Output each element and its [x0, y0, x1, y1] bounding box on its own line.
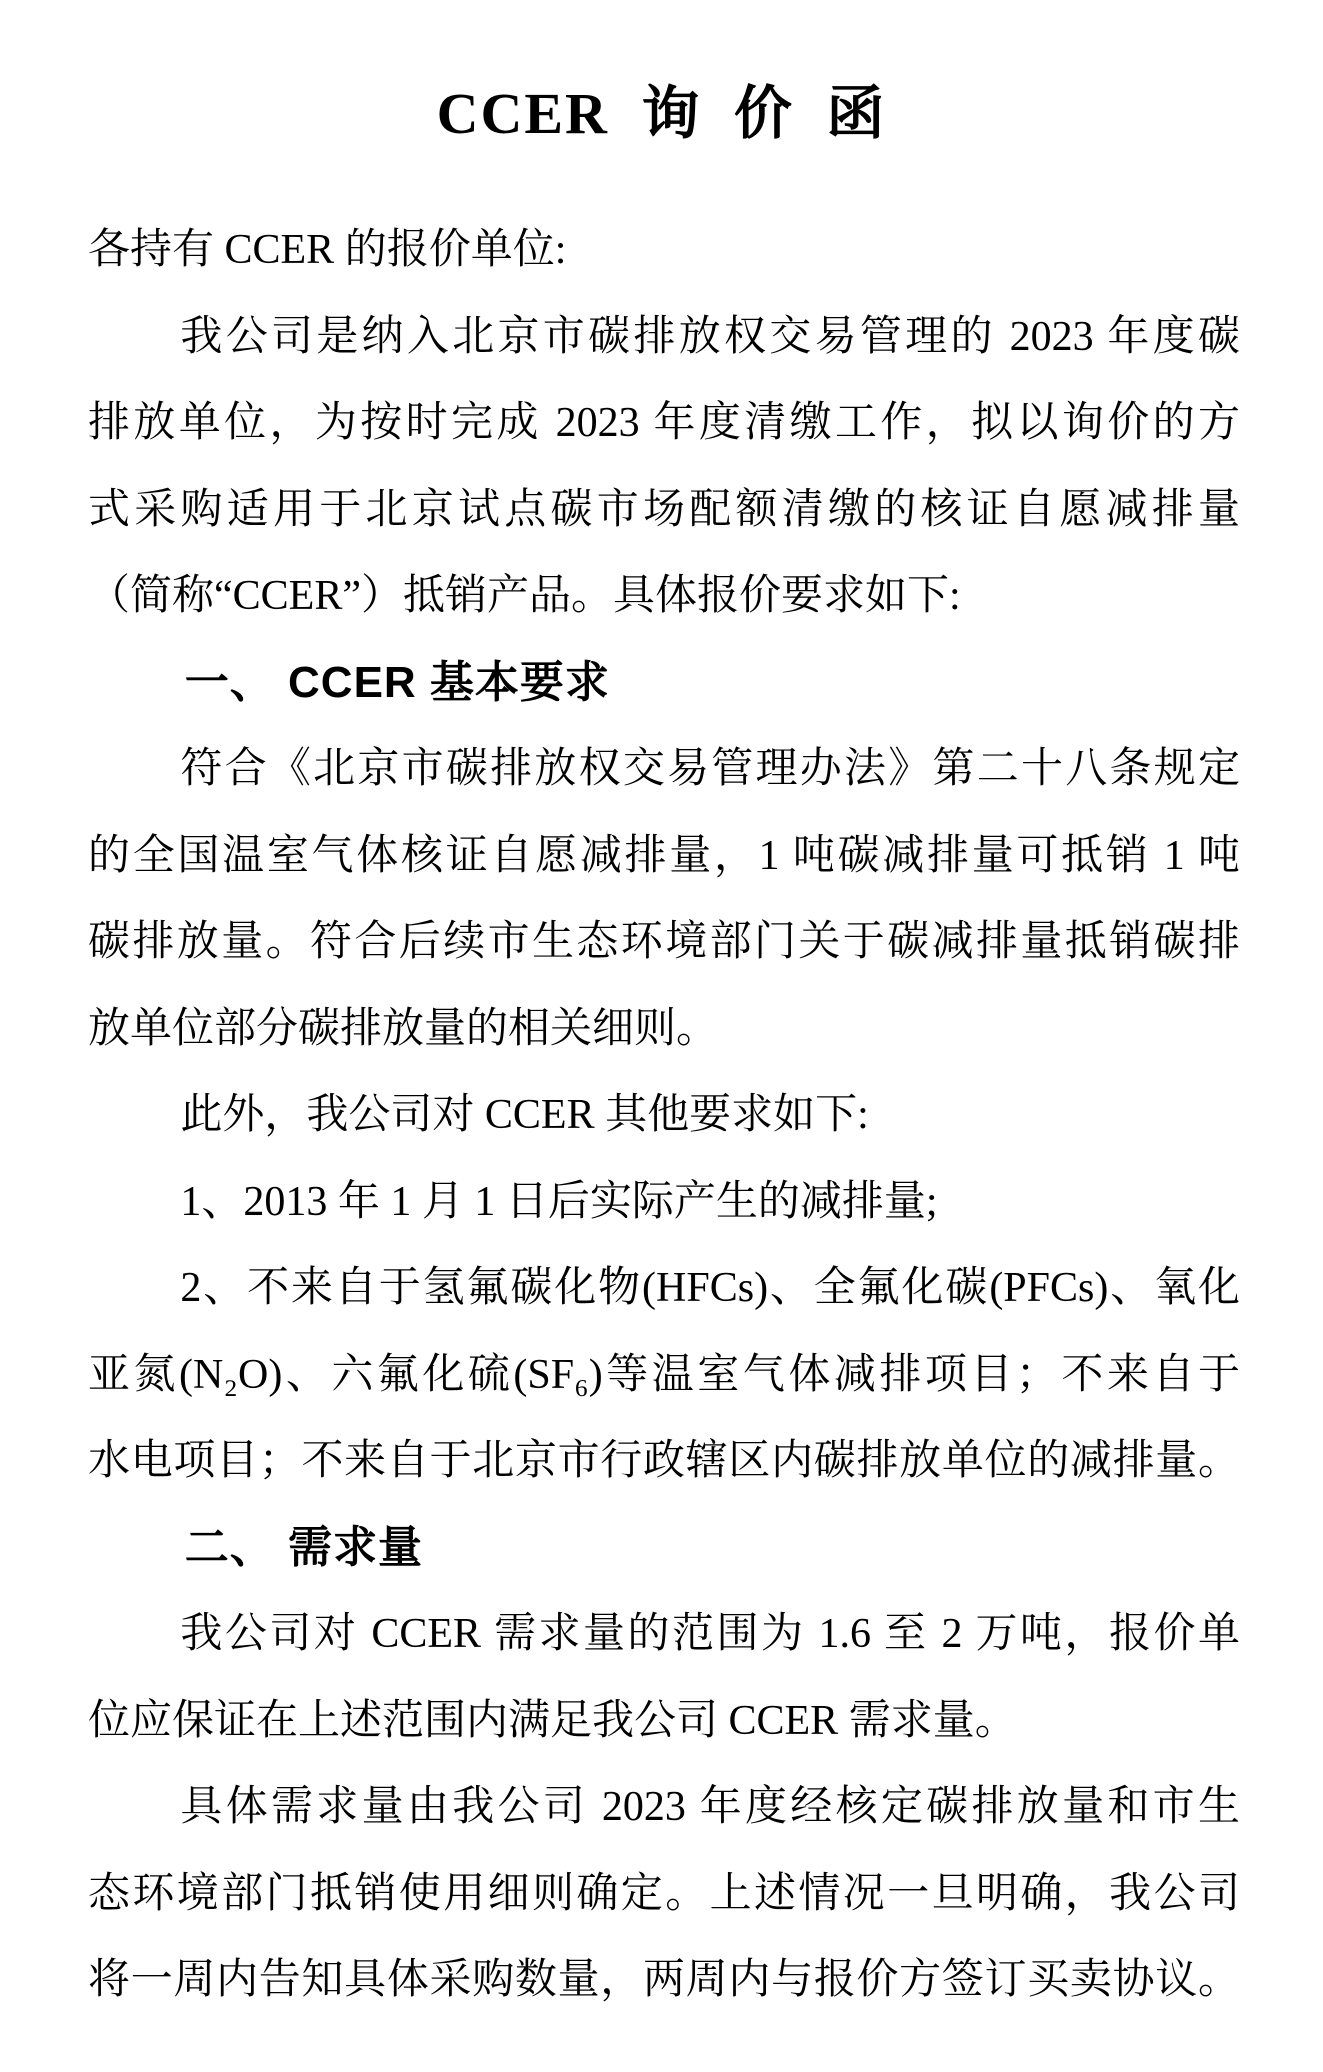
text-line: 将一周内告知具体采购数量，两周内与报价方签订买卖协议。 — [88, 1937, 1240, 2024]
text-line: 的全国温室气体核证自愿减排量，1 吨碳减排量可抵销 1 吨 — [88, 813, 1240, 900]
text-line: 亚氮(N₂O)、六氟化硫(SF₆)等温室气体减排项目；不来自于 — [88, 1332, 1240, 1419]
text-line: 符合《北京市碳排放权交易管理办法》第二十八条规定 — [88, 726, 1240, 813]
text-line: 水电项目；不来自于北京市行政辖区内碳排放单位的减排量。 — [88, 1418, 1240, 1505]
section-heading: 二、 需求量 — [88, 1505, 1240, 1592]
text-line: 态环境部门抵销使用细则确定。上述情况一旦明确，我公司 — [88, 1851, 1240, 1938]
text-line: 各持有 CCER 的报价单位: — [88, 207, 1240, 294]
text-line: 1、2013 年 1 月 1 日后实际产生的减排量; — [88, 1159, 1240, 1246]
text-line: 排放单位，为按时完成 2023 年度清缴工作，拟以询价的方 — [88, 380, 1240, 467]
text-line: 位应保证在上述范围内满足我公司 CCER 需求量。 — [88, 1678, 1240, 1765]
text-line: 此外，我公司对 CCER 其他要求如下: — [88, 1072, 1240, 1159]
document-body: 各持有 CCER 的报价单位:我公司是纳入北京市碳排放权交易管理的 2023 年… — [0, 207, 1323, 2024]
text-line: 碳排放量。符合后续市生态环境部门关于碳减排量抵销碳排 — [88, 899, 1240, 986]
text-line: 我公司对 CCER 需求量的范围为 1.6 至 2 万吨，报价单 — [88, 1591, 1240, 1678]
section-heading: 一、 CCER 基本要求 — [88, 640, 1240, 727]
text-line: 具体需求量由我公司 2023 年度经核定碳排放量和市生 — [88, 1764, 1240, 1851]
text-line: 我公司是纳入北京市碳排放权交易管理的 2023 年度碳 — [88, 294, 1240, 381]
text-line: 2、不来自于氢氟碳化物(HFCs)、全氟化碳(PFCs)、氧化 — [88, 1245, 1240, 1332]
text-line: 放单位部分碳排放量的相关细则。 — [88, 986, 1240, 1073]
document-page: CCER 询 价 函 各持有 CCER 的报价单位:我公司是纳入北京市碳排放权交… — [0, 0, 1323, 2072]
document-title: CCER 询 价 函 — [0, 0, 1323, 148]
text-line: 式采购适用于北京试点碳市场配额清缴的核证自愿减排量 — [88, 467, 1240, 554]
text-line: （简称“CCER”）抵销产品。具体报价要求如下: — [88, 553, 1240, 640]
